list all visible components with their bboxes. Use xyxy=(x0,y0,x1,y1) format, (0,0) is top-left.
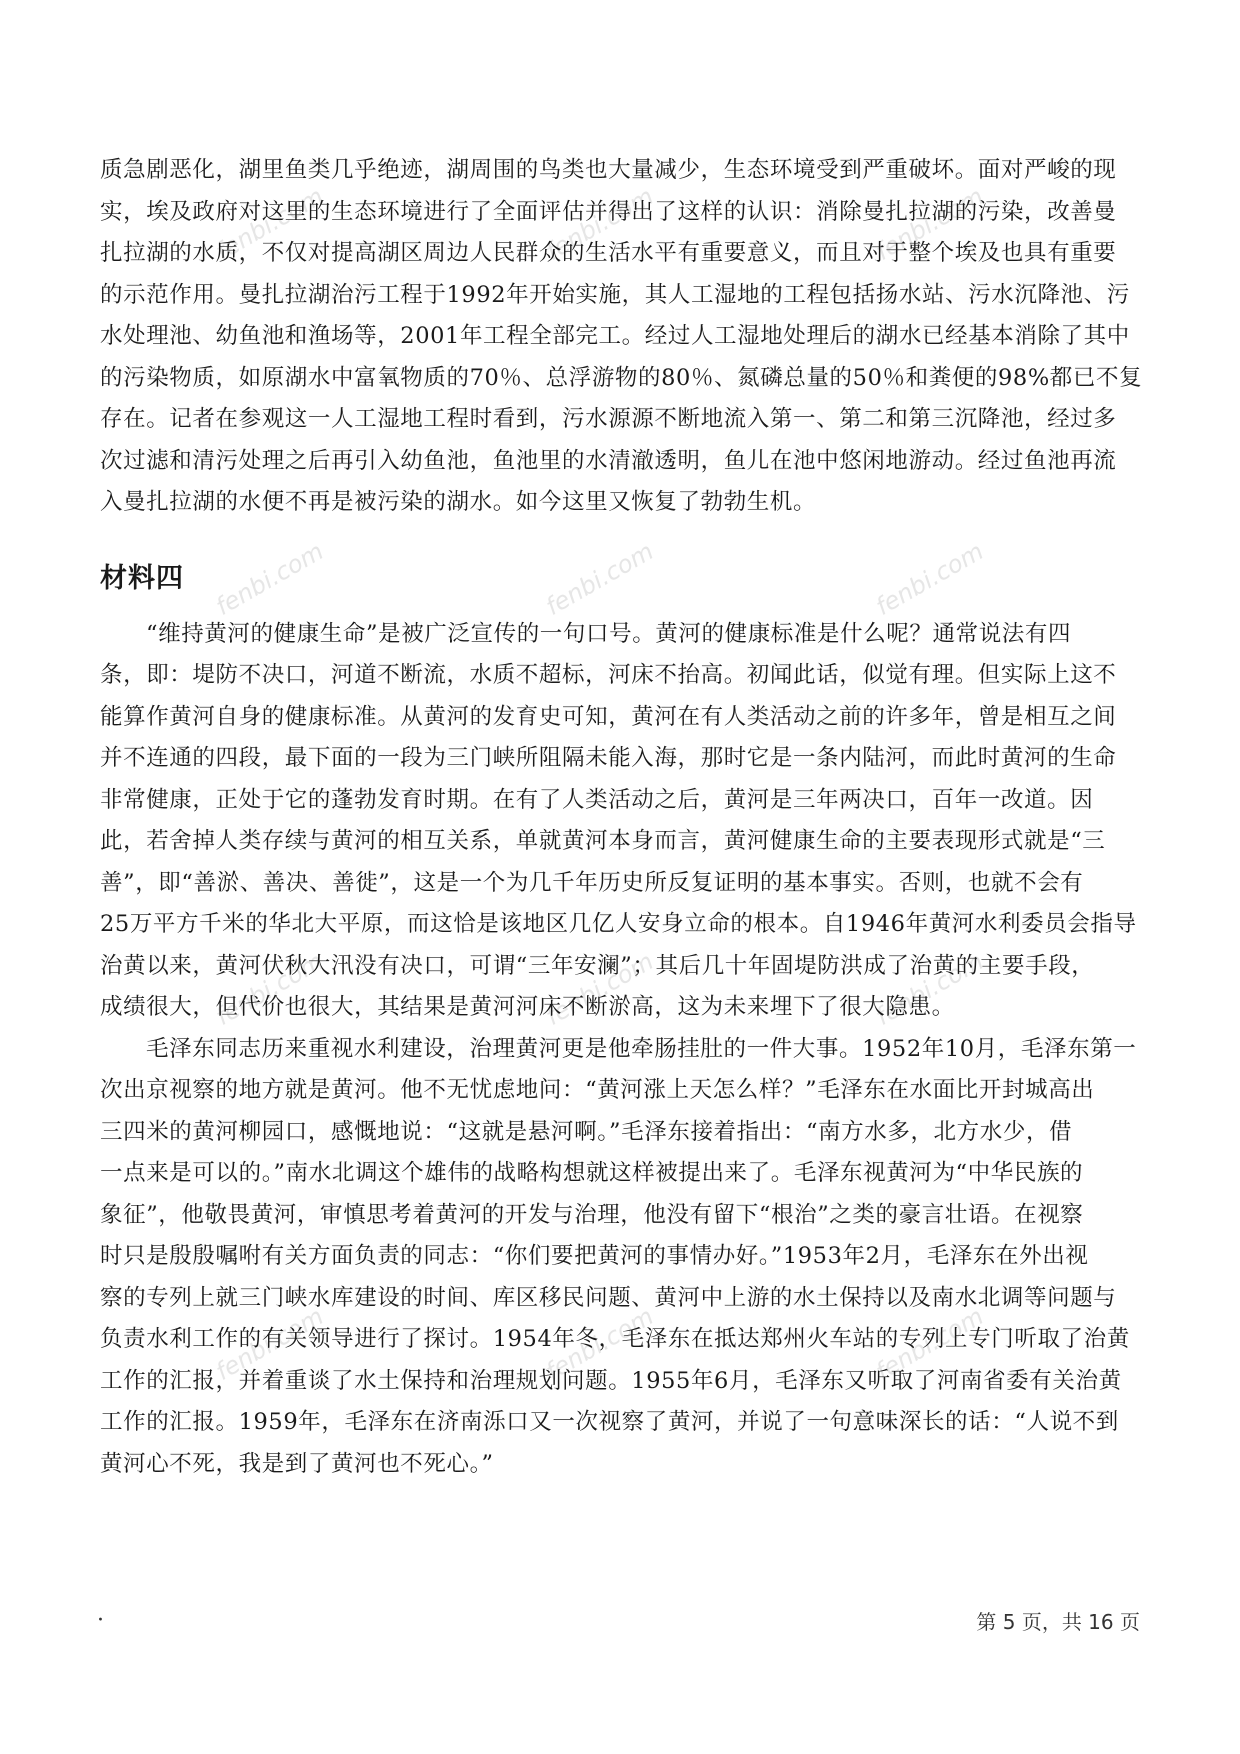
text-line: 一点来是可以的。”南水北调这个雄伟的战略构想就这样被提出来了。毛泽东视黄河为“中… xyxy=(100,1153,1140,1195)
text-line: 负责水利工作的有关领导进行了探讨。1954年冬，毛泽东在抵达郑州火车站的专列上专… xyxy=(100,1319,1140,1361)
text-line: 成绩很大，但代价也很大，其结果是黄河河床不断淤高，这为未来埋下了很大隐患。 xyxy=(100,987,1140,1029)
paragraph-continuation: 质急剧恶化，湖里鱼类几乎绝迹，湖周围的鸟类也大量减少，生态环境受到严重破坏。面对… xyxy=(100,150,1140,524)
section-heading: 材料四 xyxy=(100,554,1140,604)
text-line: 质急剧恶化，湖里鱼类几乎绝迹，湖周围的鸟类也大量减少，生态环境受到严重破坏。面对… xyxy=(100,150,1140,192)
text-line: 条，即：堤防不决口，河道不断流，水质不超标，河床不抬高。初闻此话，似觉有理。但实… xyxy=(100,655,1140,697)
text-line: 三四米的黄河柳园口，感慨地说：“这就是悬河啊。”毛泽东接着指出：“南方水多，北方… xyxy=(100,1112,1140,1154)
page-number: 第 5 页，共 16 页 xyxy=(976,1606,1140,1635)
document-body: 质急剧恶化，湖里鱼类几乎绝迹，湖周围的鸟类也大量减少，生态环境受到严重破坏。面对… xyxy=(100,150,1140,1485)
text-line: 的污染物质，如原湖水中富氧物质的70％、总浮游物的80％、氮磷总量的50％和粪便… xyxy=(100,358,1140,400)
document-page: fenbi.com fenbi.com fenbi.com fenbi.com … xyxy=(0,0,1240,1754)
text-line: “维持黄河的健康生命”是被广泛宣传的一句口号。黄河的健康标准是什么呢？通常说法有… xyxy=(100,614,1140,656)
text-line: 此，若舍掉人类存续与黄河的相互关系，单就黄河本身而言，黄河健康生命的主要表现形式… xyxy=(100,821,1140,863)
text-line: 善”，即“善淤、善决、善徙”，这是一个为几千年历史所反复证明的基本事实。否则，也… xyxy=(100,863,1140,905)
text-line: 存在。记者在参观这一人工湿地工程时看到，污水源源不断地流入第一、第二和第三沉降池… xyxy=(100,399,1140,441)
footer-bullet: · xyxy=(97,1608,104,1633)
text-line: 察的专列上就三门峡水库建设的时间、库区移民问题、黄河中上游的水土保持以及南水北调… xyxy=(100,1278,1140,1320)
text-line: 次过滤和清污处理之后再引入幼鱼池，鱼池里的水清澈透明，鱼儿在池中悠闲地游动。经过… xyxy=(100,441,1140,483)
text-line: 时只是殷殷嘱咐有关方面负责的同志：“你们要把黄河的事情办好。”1953年2月，毛… xyxy=(100,1236,1140,1278)
text-line: 非常健康，正处于它的蓬勃发育时期。在有了人类活动之后，黄河是三年两决口，百年一改… xyxy=(100,780,1140,822)
text-line: 黄河心不死，我是到了黄河也不死心。” xyxy=(100,1444,1140,1486)
text-line: 25万平方千米的华北大平原，而这恰是该地区几亿人安身立命的根本。自1946年黄河… xyxy=(100,904,1140,946)
text-line: 工作的汇报。1959年，毛泽东在济南泺口又一次视察了黄河，并说了一句意味深长的话… xyxy=(100,1402,1140,1444)
text-line: 入曼扎拉湖的水便不再是被污染的湖水。如今这里又恢复了勃勃生机。 xyxy=(100,482,1140,524)
text-line: 次出京视察的地方就是黄河。他不无忧虑地问：“黄河涨上天怎么样？”毛泽东在水面比开… xyxy=(100,1070,1140,1112)
text-line: 象征”，他敬畏黄河，审慎思考着黄河的开发与治理，他没有留下“根治”之类的豪言壮语… xyxy=(100,1195,1140,1237)
text-line: 实，埃及政府对这里的生态环境进行了全面评估并得出了这样的认识：消除曼扎拉湖的污染… xyxy=(100,192,1140,234)
paragraph-2: 毛泽东同志历来重视水利建设，治理黄河更是他牵肠挂肚的一件大事。1952年10月，… xyxy=(100,1029,1140,1486)
text-line: 的示范作用。曼扎拉湖治污工程于1992年开始实施，其人工湿地的工程包括扬水站、污… xyxy=(100,275,1140,317)
text-line: 毛泽东同志历来重视水利建设，治理黄河更是他牵肠挂肚的一件大事。1952年10月，… xyxy=(100,1029,1140,1071)
text-line: 扎拉湖的水质，不仅对提高湖区周边人民群众的生活水平有重要意义，而且对于整个埃及也… xyxy=(100,233,1140,275)
text-line: 并不连通的四段，最下面的一段为三门峡所阻隔未能入海，那时它是一条内陆河，而此时黄… xyxy=(100,738,1140,780)
paragraph-1: “维持黄河的健康生命”是被广泛宣传的一句口号。黄河的健康标准是什么呢？通常说法有… xyxy=(100,614,1140,1029)
text-line: 治黄以来，黄河伏秋大汛没有决口，可谓“三年安澜”；其后几十年固堤防洪成了治黄的主… xyxy=(100,946,1140,988)
text-line: 能算作黄河自身的健康标准。从黄河的发育史可知，黄河在有人类活动之前的许多年，曾是… xyxy=(100,697,1140,739)
text-line: 工作的汇报，并着重谈了水土保持和治理规划问题。1955年6月，毛泽东又听取了河南… xyxy=(100,1361,1140,1403)
text-line: 水处理池、幼鱼池和渔场等，2001年工程全部完工。经过人工湿地处理后的湖水已经基… xyxy=(100,316,1140,358)
